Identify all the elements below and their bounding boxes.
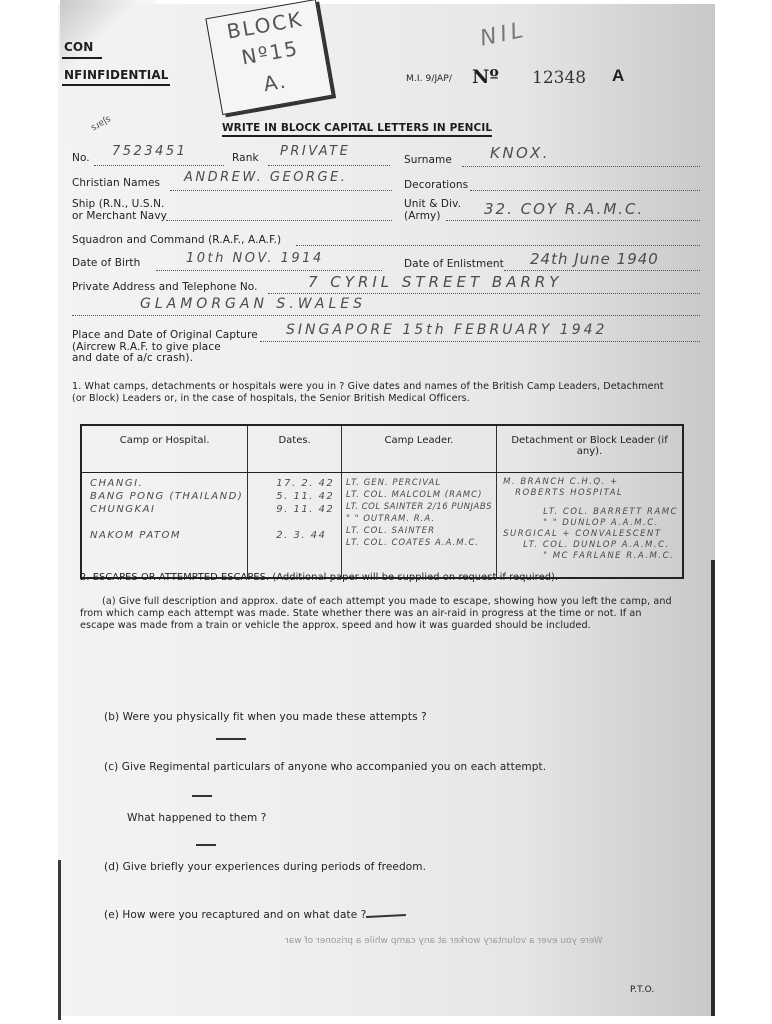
table-row: CHANGI. BANG PONG (THAILAND) CHUNGKAI NA… <box>81 473 683 579</box>
unit-div-value[interactable]: 32. COY R.A.M.C. <box>484 200 644 218</box>
no-field-line <box>94 165 224 166</box>
date-of-enlistment-value[interactable]: 24th June 1940 <box>530 250 659 268</box>
pto-label: P.T.O. <box>630 985 654 995</box>
surname-value[interactable]: KNOX. <box>490 144 550 162</box>
question-2d-text: (d) Give briefly your experiences during… <box>104 861 426 873</box>
stamp-line-2: Nº15 <box>240 36 301 70</box>
address-field-line-2 <box>72 315 700 316</box>
column-header-camp: Camp or Hospital. <box>81 425 248 473</box>
question-1-line-1: 1. What camps, detachments or hospitals … <box>72 381 664 393</box>
leader-entry: LT. GEN. PERCIVAL <box>346 477 492 489</box>
classification-underline-2 <box>62 84 170 86</box>
answer-2b-dash[interactable] <box>216 738 246 740</box>
detachment-entry <box>503 499 678 507</box>
leader-entry: " " OUTRAM. R.A. <box>346 513 492 525</box>
christian-names-label: Christian Names <box>72 177 160 189</box>
detachment-entry: ROBERTS HOSPITAL <box>503 488 678 499</box>
question-2-heading: 2. ESCAPES OR ATTEMPTED ESCAPES. (Additi… <box>80 572 558 583</box>
unit-div-field-line <box>446 220 700 221</box>
decorations-label: Decorations <box>404 179 468 191</box>
reference-prefix: M.I. 9/JAP/ <box>406 74 452 84</box>
address-label: Private Address and Telephone No. <box>72 281 258 293</box>
capture-label-line-1: Place and Date of Original Capture <box>72 330 258 342</box>
ship-label: Ship (R.N., U.S.N. or Merchant Navy <box>72 198 167 222</box>
reference-number: 12348 <box>532 68 586 88</box>
detachment-entry: " MC FARLANE R.A.M.C. <box>503 551 678 562</box>
question-2e-text: (e) How were you recaptured and on what … <box>104 909 366 921</box>
question-2c-text: (c) Give Regimental particulars of anyon… <box>104 761 546 773</box>
stamp-line-3: A. <box>262 68 289 96</box>
dates-cell[interactable]: 17. 2. 42 5. 11. 42 9. 11. 42 2. 3. 44 <box>248 473 342 579</box>
date-entry <box>276 516 337 529</box>
camp-entry <box>90 516 243 529</box>
leader-entry: LT. COL SAINTER 2/16 PUNJABS <box>346 501 492 513</box>
no-value[interactable]: 7523451 <box>112 144 187 159</box>
capture-value[interactable]: SINGAPORE 15th FEBRUARY 1942 <box>286 322 607 338</box>
date-entry: 17. 2. 42 <box>276 477 337 490</box>
unit-div-label: Unit & Div. (Army) <box>404 198 461 222</box>
question-2c-followup: What happened to them ? <box>127 812 266 824</box>
camps-table: Camp or Hospital. Dates. Camp Leader. De… <box>80 424 684 579</box>
question-2b-text: (b) Were you physically fit when you mad… <box>104 711 427 723</box>
page-edge-shadow <box>711 560 715 1016</box>
squadron-label: Squadron and Command (R.A.F., A.A.F.) <box>72 234 281 246</box>
detachment-entry: " " DUNLOP A.A.M.C. <box>503 518 678 529</box>
rank-field-line <box>268 165 390 166</box>
question-2a-line-1: (a) Give full description and approx. da… <box>80 596 672 608</box>
leader-entry: LT. COL. COATES A.A.M.C. <box>346 537 492 549</box>
date-of-enlistment-field-line <box>504 270 700 271</box>
date-entry: 9. 11. 42 <box>276 503 337 516</box>
address-value-line-2[interactable]: GLAMORGAN S.WALES <box>140 296 366 312</box>
date-of-birth-field-line <box>156 270 382 271</box>
answer-2c-followup-dash[interactable] <box>196 844 216 846</box>
date-of-birth-label: Date of Birth <box>72 257 140 269</box>
date-of-enlistment-label: Date of Enlistment <box>404 258 504 270</box>
detachment-leaders-cell[interactable]: M. BRANCH C.H.Q. + ROBERTS HOSPITAL LT. … <box>497 473 683 579</box>
unit-div-label-line-1: Unit & Div. <box>404 198 461 210</box>
date-entry: 5. 11. 42 <box>276 490 337 503</box>
camp-entry: BANG PONG (THAILAND) <box>90 490 243 503</box>
ship-label-line-2: or Merchant Navy <box>72 210 167 222</box>
detachment-entry: LT. COL. BARRETT RAMC <box>503 507 678 518</box>
camp-leaders-cell[interactable]: LT. GEN. PERCIVAL LT. COL. MALCOLM (RAMC… <box>341 473 496 579</box>
block-capitals-instruction: WRITE IN BLOCK CAPITAL LETTERS IN PENCIL <box>222 122 492 137</box>
answer-2c-dash[interactable] <box>192 795 212 797</box>
squadron-field-line[interactable] <box>296 245 700 246</box>
reference-suffix: A <box>612 66 624 86</box>
no-label: No. <box>72 152 90 164</box>
question-2a-text: (a) Give full description and approx. da… <box>80 596 672 632</box>
number-label: Nº <box>472 66 499 88</box>
block-stamp: BLOCK Nº15 A. <box>205 0 332 115</box>
page-edge-shadow-left <box>58 860 61 1020</box>
detachment-entry: SURGICAL + CONVALESCENT <box>503 529 678 540</box>
decorations-field-line[interactable] <box>470 190 700 191</box>
capture-label: Place and Date of Original Capture (Airc… <box>72 330 258 365</box>
camps-cell[interactable]: CHANGI. BANG PONG (THAILAND) CHUNGKAI NA… <box>81 473 248 579</box>
surname-label: Surname <box>404 154 452 166</box>
ship-label-line-1: Ship (R.N., U.S.N. <box>72 198 167 210</box>
classification-partial: CON <box>64 40 93 54</box>
column-header-detachment: Detachment or Block Leader (if any). <box>497 425 683 473</box>
rank-value[interactable]: PRIVATE <box>280 144 350 159</box>
date-entry: 2. 3. 44 <box>276 529 337 542</box>
camp-entry: NAKOM PATOM <box>90 529 243 542</box>
question-2a-line-2: from which camp each attempt was made. S… <box>80 608 672 620</box>
surname-field-line <box>462 166 700 167</box>
question-1-text: 1. What camps, detachments or hospitals … <box>72 381 664 405</box>
question-1-line-2: (or Block) Leaders or, in the case of ho… <box>72 393 664 405</box>
camp-entry: CHANGI. <box>90 477 243 490</box>
christian-names-value[interactable]: ANDREW. GEORGE. <box>184 170 347 185</box>
question-2a-line-3: escape was made from a train or vehicle … <box>80 620 672 632</box>
address-field-line-1 <box>268 293 700 294</box>
leader-entry: LT. COL. MALCOLM (RAMC) <box>346 489 492 501</box>
show-through-text: Were you ever a voluntary worker at any … <box>285 936 603 946</box>
classification-label: NFINFIDENTIAL <box>64 68 169 82</box>
ship-field-line[interactable] <box>166 220 392 221</box>
leader-entry: LT. COL. SAINTER <box>346 525 492 537</box>
camp-entry: CHUNGKAI <box>90 503 243 516</box>
rank-label: Rank <box>232 152 259 164</box>
christian-names-field-line <box>170 190 392 191</box>
classification-underline <box>62 57 102 59</box>
column-header-camp-leader: Camp Leader. <box>341 425 496 473</box>
capture-field-line <box>260 341 700 342</box>
detachment-entry: M. BRANCH C.H.Q. + <box>503 477 678 488</box>
date-of-birth-value[interactable]: 10th NOV. 1914 <box>186 251 324 266</box>
column-header-dates: Dates. <box>248 425 342 473</box>
detachment-entry: LT. COL. DUNLOP A.A.M.C. <box>503 540 678 551</box>
capture-label-line-3: and date of a/c crash). <box>72 353 258 365</box>
address-value-line-1[interactable]: 7 CYRIL STREET BARRY <box>308 273 562 291</box>
